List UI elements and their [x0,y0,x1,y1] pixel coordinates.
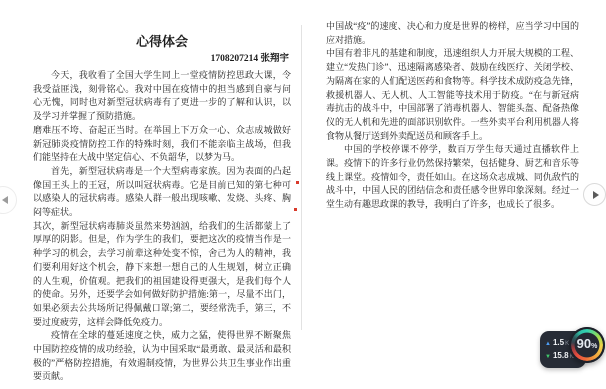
chevron-left-icon [2,196,8,204]
document-paragraph: 疫情在全球的蔓延速度之快，威力之猛，使得世界不断聚焦中国防控疫情的成功经验，认为… [33,329,291,384]
next-page-button[interactable] [583,183,606,206]
download-arrow-icon: ▼ [545,352,551,362]
chevron-right-icon [593,191,599,199]
document-page-left: 心得体会 1708207214 张翔宇 今天，我收看了全国大学生同上一堂疫情防控… [33,34,291,384]
download-speed-value: 15.8 [553,351,569,361]
gauge-unit: % [591,343,597,350]
document-paragraph: 中国有着非凡的基建和制度，迅速组织人力开展大规模的工程、建立“发热门诊”、迅速隔… [326,47,579,143]
document-page-right: 中国战“疫”的速度、决心和力度是世界的榜样，应当学习中国的应对措施。 中国有着非… [326,20,579,212]
usage-gauge-button[interactable]: 90% [569,327,605,363]
document-paragraph: 首先，新型冠状病毒是一个大型病毒家族。因为表面的凸起像国王头上的王冠，所以叫冠状… [33,165,291,220]
proofing-mark [294,208,297,211]
gauge-value: 90% [577,337,598,353]
prev-page-button[interactable] [0,186,17,214]
upload-arrow-icon: ▲ [545,339,551,349]
document-title: 心得体会 [33,34,291,50]
document-paragraph: 中国战“疫”的速度、决心和力度是世界的榜样，应当学习中国的应对措施。 [326,20,579,47]
page-divider [301,25,302,330]
upload-speed-value: 1.5 [553,338,564,348]
proofing-mark [296,181,299,184]
document-paragraph: 今天，我收看了全国大学生同上一堂疫情防控思政大课，令我受益匪浅，刻骨铭心。我对中… [33,69,291,124]
document-paragraph: 中国的学校停课不停学，数百万学生每天通过直播软件上课。疫情下的许多行业仍然保持繁… [326,143,579,212]
document-paragraph: 其次，新型冠状病毒肺炎虽然来势汹汹，给我们的生活都蒙上了厚厚的阴影。但是，作为学… [33,220,291,330]
document-byline: 1708207214 张翔宇 [33,53,289,66]
document-paragraph: 磨难压不垮、奋起正当时。在举国上下万众一心、众志成城做好新冠肺炎疫情防控工作的特… [33,124,291,165]
